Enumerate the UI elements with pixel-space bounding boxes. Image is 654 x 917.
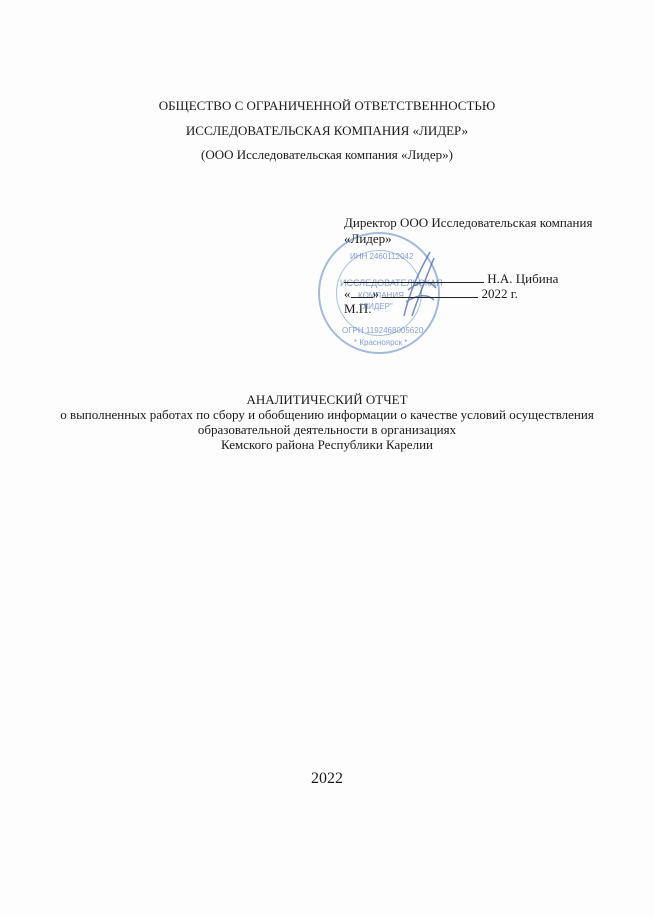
- seal-placeholder-label: М.П.: [344, 301, 371, 317]
- org-name-line2: ИССЛЕДОВАТЕЛЬСКАЯ КОМПАНИЯ «ЛИДЕР»: [0, 123, 654, 139]
- signature-line: [344, 282, 484, 283]
- month-blank: [382, 297, 478, 298]
- date-quote-open: «: [344, 286, 351, 301]
- seal-city: * Красноярск *: [354, 338, 407, 347]
- seal-ogrn: ОГРН 1192468005620: [342, 326, 423, 335]
- footer-year: 2022: [0, 770, 654, 788]
- report-subtitle-line2: образовательной деятельности в организац…: [0, 422, 654, 438]
- org-short-name: (ООО Исследовательская компания «Лидер»): [0, 147, 654, 163]
- approver-position-line1: Директор ООО Исследовательская компания: [344, 215, 592, 231]
- report-heading: АНАЛИТИЧЕСКИЙ ОТЧЕТ: [0, 392, 654, 408]
- day-blank: [351, 297, 373, 298]
- date-row: «» 2022 г.: [344, 286, 518, 302]
- approval-year: 2022 г.: [482, 286, 518, 301]
- signer-name: Н.А. Цибина: [487, 271, 558, 286]
- report-subtitle-line3: Кемского района Республики Карелии: [0, 437, 654, 453]
- report-subtitle-line1: о выполненных работах по сбору и обобщен…: [0, 407, 654, 423]
- approver-position-line2: «Лидер»: [344, 231, 392, 247]
- date-quote-close: »: [373, 286, 380, 301]
- signature-line-row: Н.А. Цибина: [344, 271, 558, 287]
- org-name-line1: ОБЩЕСТВО С ОГРАНИЧЕННОЙ ОТВЕТСТВЕННОСТЬЮ: [0, 98, 654, 114]
